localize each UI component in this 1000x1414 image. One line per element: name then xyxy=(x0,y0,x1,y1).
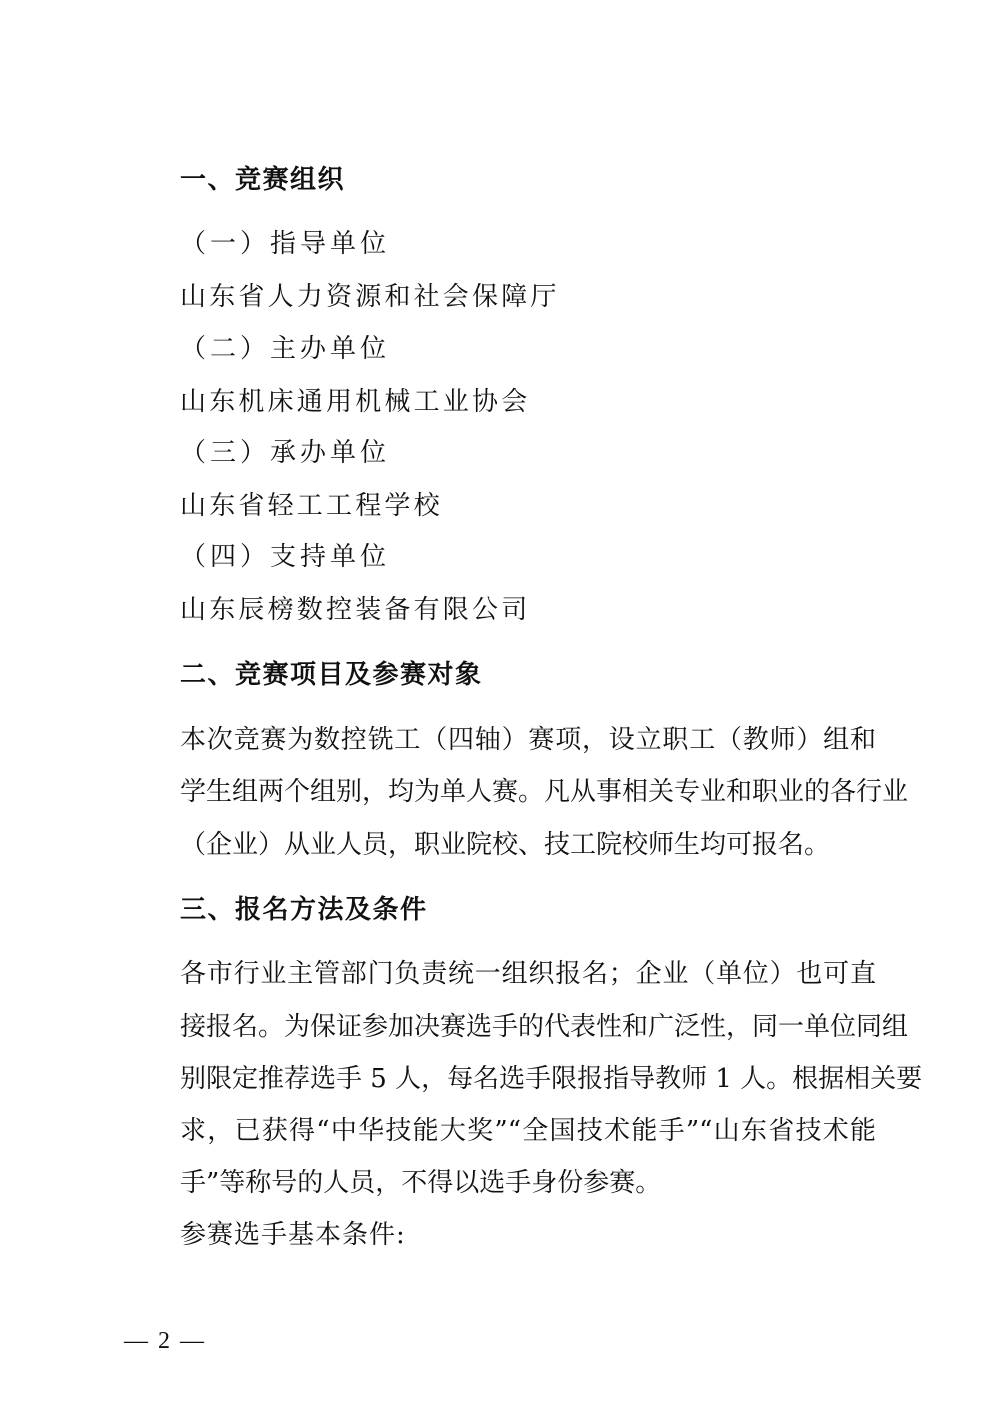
organizer-unit-value: 山东省轻工工程学校 xyxy=(180,490,443,522)
paragraph-line: 本次竞赛为数控铣工（四轴）赛项，设立职工（教师）组和 xyxy=(180,724,876,756)
subheading-organizer-unit: （三）承办单位 xyxy=(180,437,390,469)
paragraph-line: 学生组两个组别，均为单人赛。凡从事相关专业和职业的各行业 xyxy=(180,776,876,808)
subheading-guiding-unit: （一）指导单位 xyxy=(180,228,390,260)
paragraph-line: 接报名。为保证参加决赛选手的代表性和广泛性，同一单位同组 xyxy=(180,1011,876,1043)
paragraph-line: 手”等称号的人员，不得以选手身份参赛。 xyxy=(180,1167,876,1199)
section-heading-registration-method: 三、报名方法及条件 xyxy=(180,894,428,926)
paragraph-line: （企业）从业人员，职业院校、技工院校师生均可报名。 xyxy=(180,829,876,861)
paragraph-line: 求，已获得“中华技能大奖”“全国技术能手”“山东省技术能 xyxy=(180,1115,876,1147)
guiding-unit-value: 山东省人力资源和社会保障厅 xyxy=(180,281,560,313)
conditions-intro: 参赛选手基本条件: xyxy=(180,1219,406,1251)
host-unit-value: 山东机床通用机械工业协会 xyxy=(180,386,530,418)
supporting-unit-value: 山东辰榜数控装备有限公司 xyxy=(180,594,530,626)
page-number: — 2 — xyxy=(124,1326,206,1356)
paragraph-line: 各市行业主管部门负责统一组织报名；企业（单位）也可直 xyxy=(180,958,876,990)
paragraph-line: 别限定推荐选手 5 人，每名选手限报指导教师 1 人。根据相关要 xyxy=(180,1063,876,1095)
section-heading-competition-organization: 一、竞赛组织 xyxy=(180,164,345,196)
section-heading-events-and-participants: 二、竞赛项目及参赛对象 xyxy=(180,659,483,691)
subheading-supporting-unit: （四）支持单位 xyxy=(180,541,390,573)
subheading-host-unit: （二）主办单位 xyxy=(180,333,390,365)
